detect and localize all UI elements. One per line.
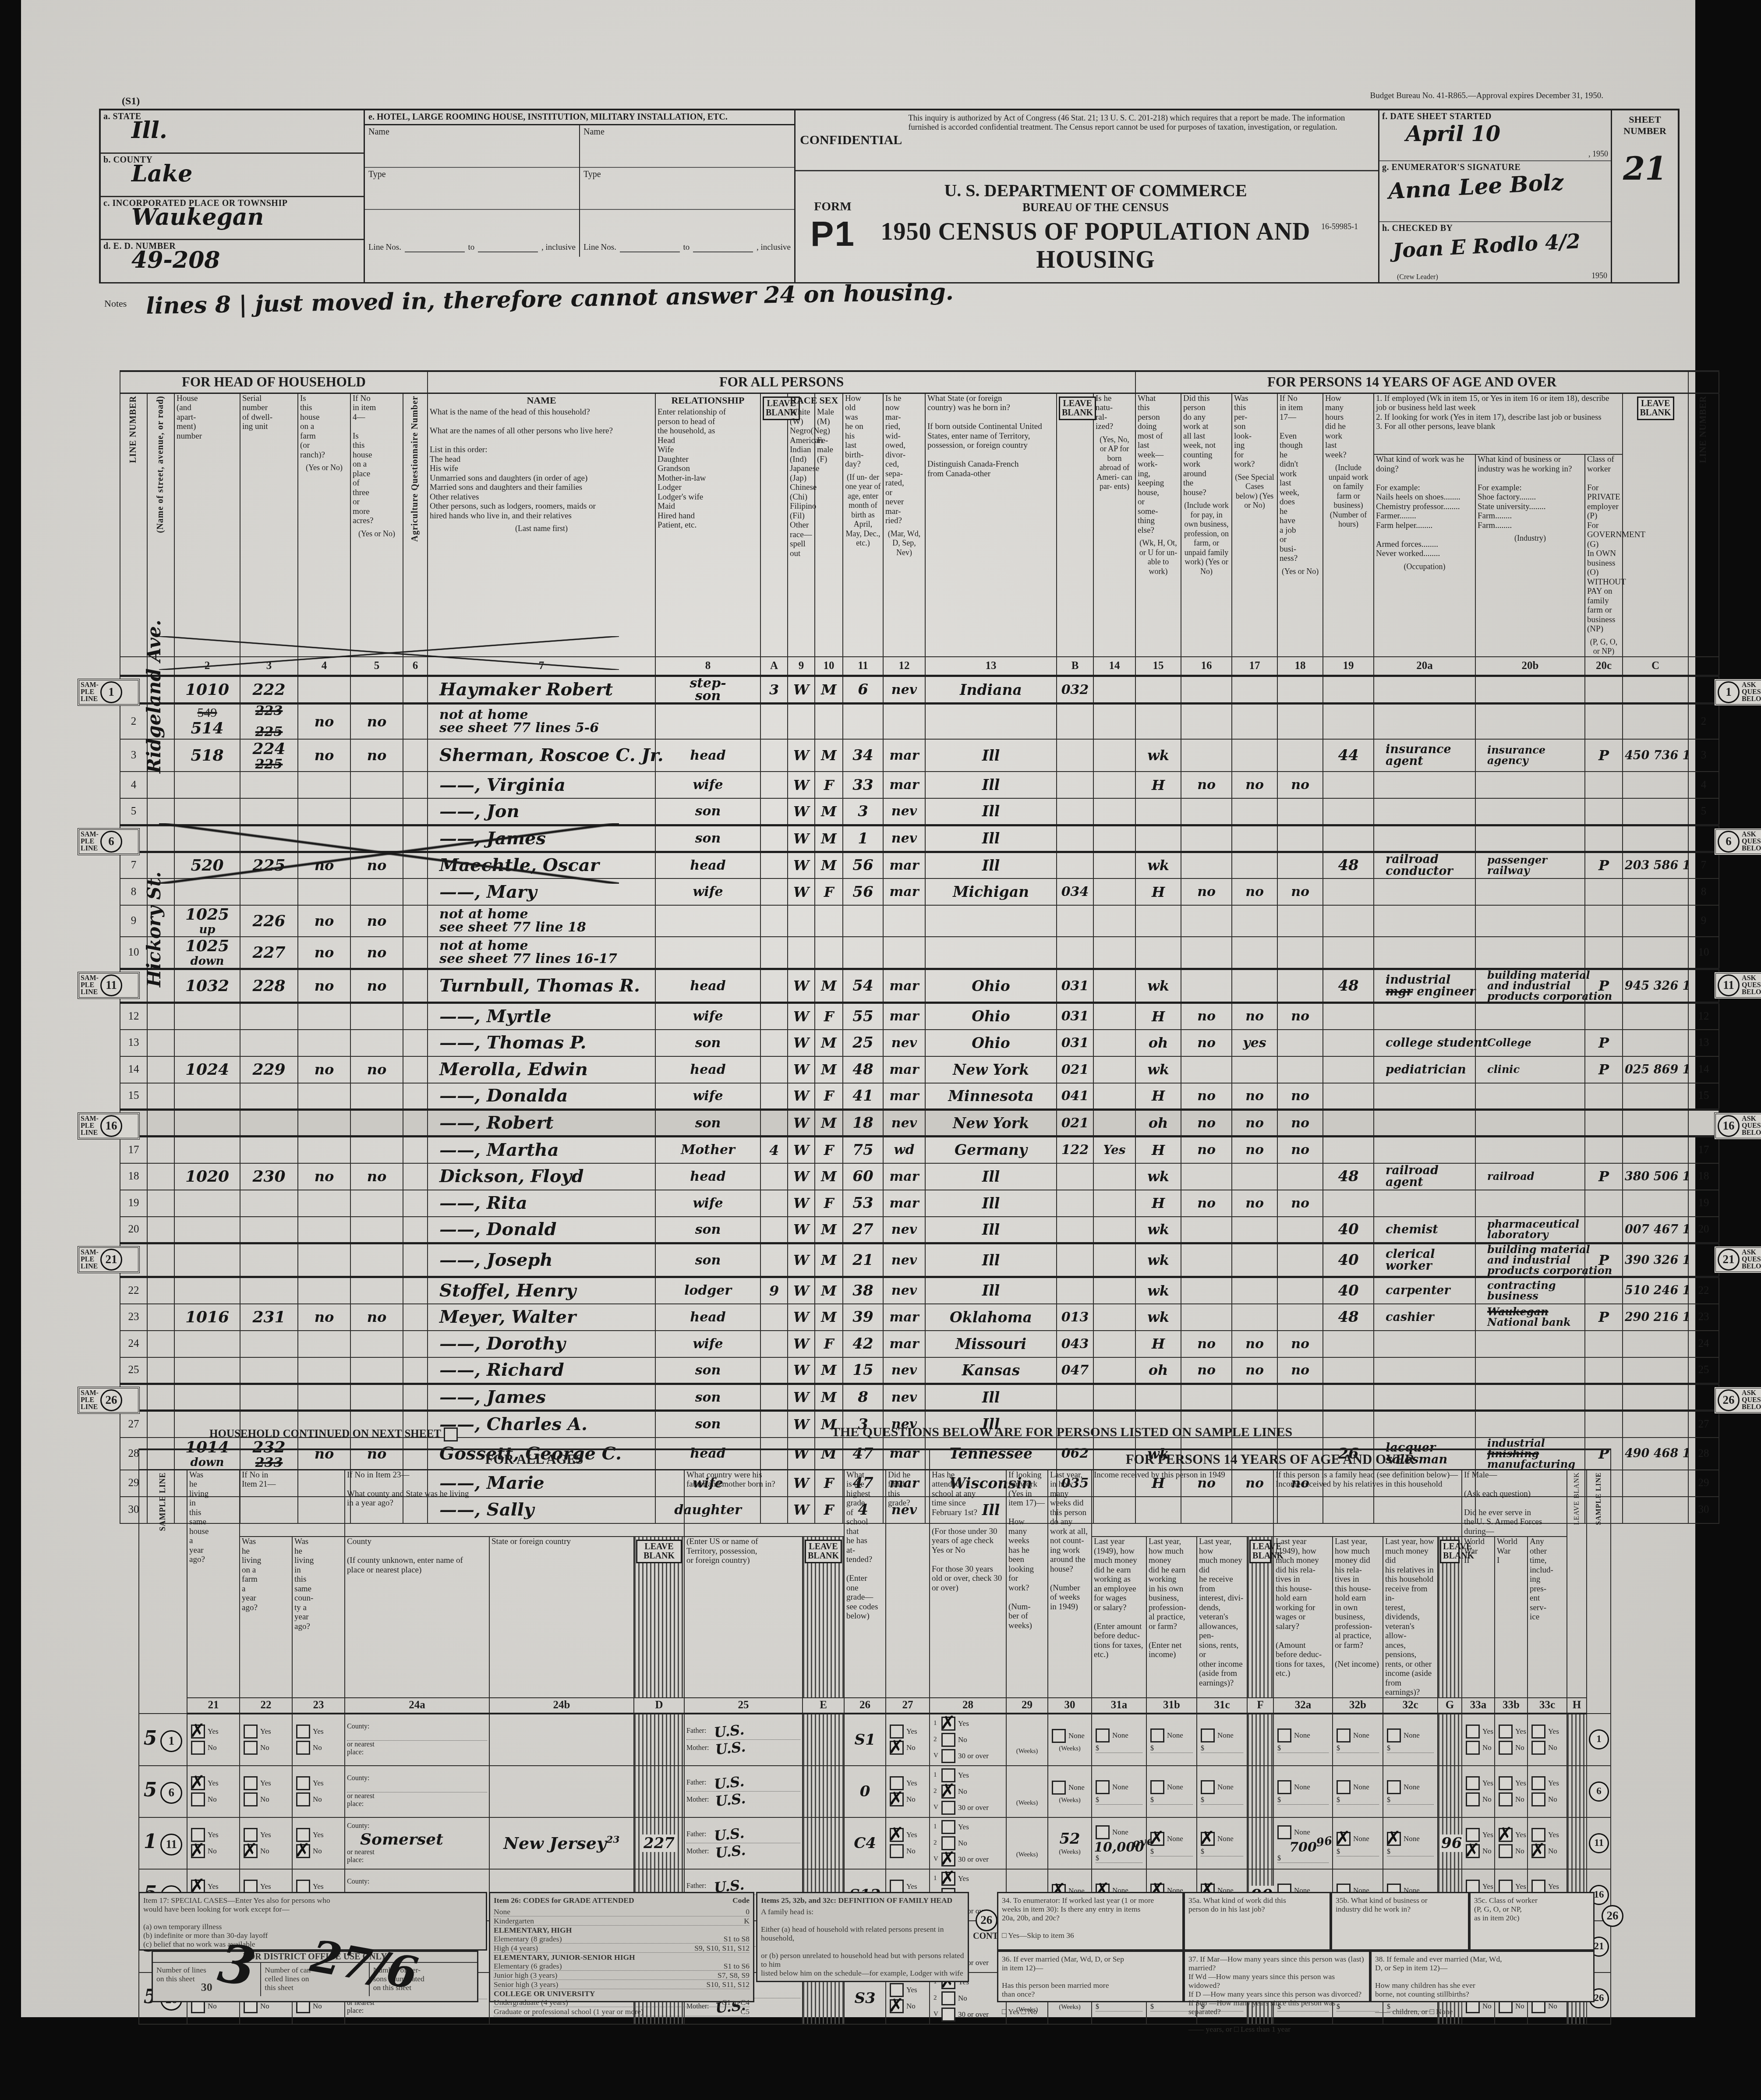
b-c33c-l1: YesNo [1528,1714,1567,1766]
col-header-w18: If Noin item17—Eventhoughhedidn'tworklas… [1277,393,1323,657]
cell-colC-r21: 390 326 1 [1623,1243,1688,1277]
checkbox-no[interactable] [1531,1792,1545,1806]
cell-agq-r7 [403,852,428,878]
person-row-15: 15——, DonaldawifeWF41marMinnesota041Hnon… [120,1083,1719,1110]
cell-c15-r7: wk [1135,852,1181,878]
checkbox-no[interactable] [941,1733,955,1747]
band-0: FOR HEAD OF HOUSEHOLD [120,371,428,393]
cell-sex-r2 [815,704,843,740]
cell-class-r13: P [1585,1030,1623,1056]
cell-birthplace-r13: Ohio [925,1030,1057,1056]
cell-agq-r15 [403,1083,428,1110]
person-row-11: SAM-PLELINE111032228nonoTurnbull, Thomas… [120,969,1719,1003]
sample-row-11: 111Yes✗NoYes✗NoYes✗NoCounty:Somersetor n… [139,1817,1611,1869]
grade-code: Senior high (3 years)S10, S11, S12 [494,1980,750,1989]
cell-c16-r11 [1181,969,1232,1003]
cell-street-r10 [147,937,174,969]
cell-agq-r24 [403,1331,428,1357]
checkbox-yes[interactable] [941,1820,955,1834]
cell-agq-r10 [403,937,428,969]
cell-house-r17 [174,1137,240,1163]
cell-farm-r15 [298,1083,350,1110]
cell-acres-r12 [350,1003,403,1030]
cell-serial-r10: 227 [240,937,298,969]
cell-c15-r15: H [1135,1083,1181,1110]
col-header-in: What kind of business orindustry was he … [1475,454,1585,657]
cell-race-r8: W [788,878,815,905]
b-c33a-l1: YesNo [1462,1714,1495,1766]
checkbox-none[interactable] [1201,1780,1215,1794]
cell-occupation-r15 [1374,1083,1475,1110]
cell-street-r8 [147,878,174,905]
person-row-22: 22Stoffel, Henrylodger9WM38nevIllwk40car… [120,1277,1719,1304]
cell-age-r12: 55 [843,1003,883,1030]
cell-house-r26 [174,1384,240,1411]
cell-colC-r23: 290 216 1 [1623,1304,1688,1331]
cell-c16-r22 [1181,1277,1232,1304]
checkbox-yes[interactable]: ✗ [890,1828,904,1842]
person-row-4: 4——, VirginiawifeWF33marIllHnonono4 [120,772,1719,798]
cell-line-left-r24: 24 [120,1331,147,1357]
col-num-B: B [1057,657,1093,676]
checkbox-no[interactable]: ✗ [1531,1844,1545,1858]
cell-class-r24 [1585,1331,1623,1357]
checkbox-none[interactable] [1277,1825,1291,1839]
cell-farm-r25 [298,1357,350,1384]
cell-street-r1 [147,676,174,704]
cell-line-right-r10: 10 [1688,937,1719,969]
checkbox-no[interactable] [1466,1792,1480,1806]
checkbox-none[interactable] [1096,1728,1110,1742]
cell-line-left-r15: 15 [120,1083,147,1110]
cell-c16-r21 [1181,1243,1232,1277]
cell-c18-r26 [1277,1384,1323,1411]
cell-line-right-r9: 9 [1688,905,1719,937]
checkbox-no[interactable] [1499,1792,1513,1806]
cell-class-r12 [1585,1003,1623,1030]
cell-c15-r12: H [1135,1003,1181,1030]
bnum-G: G [1438,1698,1462,1714]
b-c31c-l11: ✗None$ [1197,1817,1247,1869]
cell-colA-r13 [760,1030,788,1056]
hotel-type-input[interactable]: Type [368,170,386,179]
cell-house-r18: 1020 [174,1163,240,1190]
grade-code: Undergraduate (4 years)C1 to C4 [494,1998,750,2007]
cell-acres-r5 [350,798,403,825]
checkbox-no[interactable] [191,1792,205,1806]
family-head-definition-box: Items 25, 32b, and 32c: DEFINITION OF FA… [756,1892,969,1982]
b-c25-l11: Father:U.S.Mother:U.S. [684,1817,803,1869]
hdr-33b: WorldWarI [1495,1537,1528,1698]
b-c31a-l6: None$ [1092,1766,1146,1817]
checkbox-none[interactable] [1337,1780,1351,1794]
b-c29-l11: (Weeks) [1006,1817,1048,1869]
cell-c16-r2 [1181,704,1232,740]
hotel-type-input-2[interactable]: Type [583,170,601,179]
cell-serial-r24 [240,1331,298,1357]
bnum-31c: 31c [1197,1698,1247,1714]
cell-house-r23: 1016 [174,1304,240,1331]
checkbox-30-or-over[interactable]: ✗ [941,1852,955,1866]
col-num-lnl [120,657,147,676]
cell-birthplace-r11: Ohio [925,969,1057,1003]
cell-serial-r4 [240,772,298,798]
cell-relationship-r6: son [655,825,760,852]
cell-c15-r19: H [1135,1190,1181,1217]
cell-colA-r14 [760,1056,788,1083]
cell-acres-r14: no [350,1056,403,1083]
checkbox-yes[interactable] [296,1776,310,1790]
checkbox-none[interactable] [1096,1780,1110,1794]
cell-colB-r1: 032 [1057,676,1093,704]
hdr-30: Last year,in howmanyweeks didthis person… [1048,1470,1092,1698]
checkbox-no[interactable]: ✗ [890,1792,904,1806]
cell-c14-r2 [1093,704,1135,740]
checkbox-none[interactable] [1150,1780,1164,1794]
cell-line-left-r5: 5 [120,798,147,825]
cell-c16-r18 [1181,1163,1232,1190]
cell-house-r11: 1032 [174,969,240,1003]
cell-name-r22: Stoffel, Henry [428,1277,655,1304]
cell-c19-r20: 40 [1323,1217,1374,1243]
checkbox-none[interactable] [1150,1728,1164,1742]
cell-colC-r19 [1623,1190,1688,1217]
cell-occupation-r21: clericalworker [1374,1243,1475,1277]
cell-c16-r26 [1181,1384,1232,1411]
checkbox-yes[interactable] [1531,1725,1545,1739]
cell-c14-r3 [1093,739,1135,772]
hotel-section: e. HOTEL, LARGE ROOMING HOUSE, INSTITUTI… [365,110,796,282]
cell-farm-r22 [298,1277,350,1304]
cell-marital-r10 [883,937,925,969]
cell-serial-r13 [240,1030,298,1056]
cell-relationship-r27: son [655,1411,760,1438]
checkbox-30-or-over[interactable] [941,2008,955,2022]
person-row-13: 13——, Thomas P.sonWM25nevOhio031ohnoyesc… [120,1030,1719,1056]
cell-line-right-r12: 12 [1688,1003,1719,1030]
checkbox-none[interactable]: ✗ [1201,1832,1215,1846]
cell-colC-r26 [1623,1384,1688,1411]
cell-industry-r24 [1475,1331,1585,1357]
checkbox-no[interactable]: ✗ [296,1844,310,1858]
checkbox-none[interactable] [1052,1781,1066,1795]
col-num-A: A [760,657,788,676]
checkbox-no[interactable] [296,1792,310,1806]
cell-line-right-r26: 26ASKQUES.BELOW [1688,1384,1719,1411]
b-H-l1 [1567,1714,1587,1766]
cell-colC-r10 [1623,937,1688,969]
bnum-29: 29 [1006,1698,1048,1714]
checkbox-none[interactable] [1201,1728,1215,1742]
checkbox-yes[interactable]: ✗ [941,1872,955,1886]
cell-marital-r19: mar [883,1190,925,1217]
checkbox-no[interactable] [1499,1844,1513,1858]
checkbox-yes[interactable]: ✗ [191,1776,205,1790]
checkbox-yes[interactable] [244,1725,258,1739]
cell-relationship-r23: head [655,1304,760,1331]
cell-house-r8 [174,878,240,905]
checkbox-yes[interactable] [1499,1725,1513,1739]
cell-sex-r7: M [815,852,843,878]
cell-c18-r3 [1277,739,1323,772]
checkbox-yes[interactable] [1531,1776,1545,1790]
checkbox-none[interactable] [1277,1780,1291,1794]
bnum-32c: 32c [1383,1698,1438,1714]
b-c22-l1: YesNo [240,1714,292,1766]
checkbox-none[interactable] [1387,1728,1401,1742]
col-num-w16: 16 [1181,657,1232,676]
cell-house-r7: 520 [174,852,240,878]
cell-industry-r22: contractingbusiness [1475,1277,1585,1304]
hotel-name-input-2[interactable]: Name [583,127,605,137]
cell-farm-r24 [298,1331,350,1357]
checkbox-yes[interactable] [1466,1776,1480,1790]
checkbox-no[interactable]: ✗ [191,1844,205,1858]
checkbox-no[interactable] [1531,1741,1545,1755]
cell-street-r27 [147,1411,174,1438]
cell-class-r3: P [1585,739,1623,772]
cell-marital-r8: mar [883,878,925,905]
cell-colC-r25 [1623,1357,1688,1384]
b-c33a-l6: YesNo [1462,1766,1495,1817]
cell-colC-r3: 450 736 1 [1623,739,1688,772]
checkbox-no[interactable] [296,1741,310,1755]
cell-relationship-r15: wife [655,1083,760,1110]
cell-c15-r5 [1135,798,1181,825]
hdr-F: LEAVEBLANK [1247,1537,1273,1698]
cell-colC-r18: 380 506 1 [1623,1163,1688,1190]
cell-race-r26: W [788,1384,815,1411]
checkbox-no[interactable] [1466,1741,1480,1755]
b-c31b-l11: ✗None$ [1146,1817,1197,1869]
checkbox-yes[interactable]: ✗ [1499,1828,1513,1842]
checkbox-30-or-over[interactable] [941,1749,955,1763]
cell-race-r22: W [788,1277,815,1304]
cell-agq-r9 [403,905,428,937]
cell-street-r3 [147,739,174,772]
person-row-2: 2549514223225nononot at homesee sheet 77… [120,704,1719,740]
hdr-28: Has heattendedschool at anytime sinceFeb… [930,1470,1006,1698]
cell-serial-r15 [240,1083,298,1110]
cell-c19-r19 [1323,1190,1374,1217]
cell-sex-r5: M [815,798,843,825]
b-c33c-l6: YesNo [1528,1766,1567,1817]
checkbox-30-or-over[interactable] [941,1801,955,1815]
cell-birthplace-r20: Ill [925,1217,1057,1243]
checkbox-no[interactable] [244,1741,258,1755]
cell-colC-r5 [1623,798,1688,825]
cell-marital-r9 [883,905,925,937]
checkbox-yes[interactable] [1466,1725,1480,1739]
checkbox-no[interactable]: ✗ [244,1844,258,1858]
cell-occupation-r8 [1374,878,1475,905]
cell-relationship-r13: son [655,1030,760,1056]
person-row-10: 101025down227nononot at homesee sheet 77… [120,937,1719,969]
cell-marital-r21: nev [883,1243,925,1277]
checkbox-none[interactable]: ✗ [1387,1832,1401,1846]
cell-line-right-r17: 17 [1688,1137,1719,1163]
checkbox-no[interactable] [191,1741,205,1755]
cell-sex-r21: M [815,1243,843,1277]
cell-age-r1: 6 [843,676,883,704]
hdr-31c: Last year, howmuch money didhe receive f… [1197,1537,1247,1698]
b-c27-l11: ✗YesNo [886,1817,930,1869]
b-c33c-l11: Yes✗No [1528,1817,1567,1869]
checkbox-no[interactable] [890,1844,904,1858]
cell-c16-r23 [1181,1304,1232,1331]
cell-birthplace-r14: New York [925,1056,1057,1083]
special-cases-box: Item 17: SPECIAL CASES—Enter Yes also fo… [138,1892,487,1951]
checkbox-yes[interactable] [244,1776,258,1790]
item-36-box: 36. If ever married (Mar, Wd, D, or Sepi… [997,1951,1184,2002]
b-E-l6 [803,1766,844,1817]
person-row-1: SAM-PLELINE11010222Haymaker Robertstep-s… [120,676,1719,704]
cell-marital-r23: mar [883,1304,925,1331]
cell-c18-r14 [1277,1056,1323,1083]
checkbox-yes[interactable]: ✗ [191,1725,205,1739]
b-c31c-l1: None$ [1197,1714,1247,1766]
cell-c15-r25: oh [1135,1357,1181,1384]
cell-farm-r13 [298,1030,350,1056]
cell-c18-r11 [1277,969,1323,1003]
cell-c17-r5 [1232,798,1277,825]
cell-agq-r21 [403,1243,428,1277]
cell-c19-r5 [1323,798,1374,825]
cell-agq-r25 [403,1357,428,1384]
cell-colB-r24: 043 [1057,1331,1093,1357]
cell-acres-r25 [350,1357,403,1384]
cell-c19-r2 [1323,704,1374,740]
cell-house-r1: 1010 [174,676,240,704]
cell-colA-r1: 3 [760,676,788,704]
cell-street-r16 [147,1110,174,1137]
checkbox-no[interactable]: ✗ [890,1741,904,1755]
cell-name-r25: ——, Richard [428,1357,655,1384]
cell-c18-r12: no [1277,1003,1323,1030]
checkbox-none[interactable] [1096,1825,1110,1839]
person-row-19: 19——, RitawifeWF53marIllHnonono19 [120,1190,1719,1217]
col-header-nm: NAMEWhat is the name of the head of this… [428,393,655,657]
cell-sex-r4: F [815,772,843,798]
col-num-h: 2 [174,657,240,676]
cell-acres-r26 [350,1384,403,1411]
cell-c14-r21 [1093,1243,1135,1277]
cell-occupation-r18: railroadagent [1374,1163,1475,1190]
cell-birthplace-r23: Oklahoma [925,1304,1057,1331]
band-1: FOR ALL PERSONS [428,371,1135,393]
cell-house-r10: 1025down [174,937,240,969]
cell-occupation-r12 [1374,1003,1475,1030]
checkbox-none[interactable] [1337,1728,1351,1742]
checkbox-none[interactable]: ✗ [1150,1832,1164,1846]
cell-relationship-r19: wife [655,1190,760,1217]
cell-colB-r18 [1057,1163,1093,1190]
hotel-name-input[interactable]: Name [368,127,389,137]
cell-sex-r11: M [815,969,843,1003]
b-c31b-l6: None$ [1146,1766,1197,1817]
cell-occupation-r6 [1374,825,1475,852]
cell-colC-r11: 945 326 1 [1623,969,1688,1003]
checkbox-no[interactable]: ✗ [941,1785,955,1799]
checkbox-none[interactable]: ✗ [1337,1832,1351,1846]
cell-c14-r9 [1093,905,1135,937]
cell-line-right-r6: 6ASKQUES.BELOW [1688,825,1719,852]
bnum-32b: 32b [1333,1698,1383,1714]
cell-class-r18: P [1585,1163,1623,1190]
cell-race-r18: W [788,1163,815,1190]
cell-class-r7: P [1585,852,1623,878]
cell-house-r25 [174,1357,240,1384]
col-num-nm: 7 [428,657,655,676]
cell-agq-r11 [403,969,428,1003]
hdr-25: (Enter US or name ofTerritory, possessio… [684,1537,803,1698]
cell-relationship-r24: wife [655,1331,760,1357]
form-number: P1 [796,214,870,254]
cell-farm-r6 [298,825,350,852]
cell-occupation-r24 [1374,1331,1475,1357]
cell-name-r23: Meyer, Walter [428,1304,655,1331]
cell-street-r19 [147,1190,174,1217]
item-37-box: 37. If Mar—How many years since this per… [1184,1951,1370,2002]
cell-line-right-r11: 11ASKQUES.BELOW [1688,969,1719,1003]
checkbox-yes[interactable]: ✗ [941,1717,955,1731]
sample-line-badge-11: SAM-PLELINE11 [78,972,140,999]
household-continued-checkbox[interactable] [444,1427,458,1441]
cell-name-r14: Merolla, Edwin [428,1056,655,1083]
checkbox-none[interactable] [1387,1780,1401,1794]
cell-c19-r24 [1323,1331,1374,1357]
col-num-hr19: 19 [1323,657,1374,676]
col-num-in: 20b [1475,657,1585,676]
cell-line-right-r21: 21ASKQUES.BELOW [1688,1243,1719,1277]
checkbox-no[interactable] [1499,1741,1513,1755]
cell-serial-r19 [240,1190,298,1217]
grade-code: Elementary (8 grades)S1 to S8 [494,1934,750,1944]
checkbox-none[interactable] [1277,1728,1291,1742]
b-c24b-l6 [489,1766,634,1817]
cell-relationship-r4: wife [655,772,760,798]
col-header-cl: Class of workerFor PRIVATE employer (P)F… [1585,454,1623,657]
cell-name-r2: not at homesee sheet 77 lines 5-6 [428,704,655,740]
checkbox-none[interactable] [1052,1729,1066,1743]
checkbox-yes[interactable] [296,1725,310,1739]
population-table: FOR HEAD OF HOUSEHOLDFOR ALL PERSONSFOR … [120,370,1716,1524]
cell-c15-r24: H [1135,1331,1181,1357]
cell-c16-r12: no [1181,1003,1232,1030]
item-35c-box: 35c. Class of worker(P, G, O, or NP,as i… [1469,1892,1595,1951]
col-num-r: 9 [788,657,815,676]
checkbox-no[interactable] [244,1792,258,1806]
hdr-32c: Last year, howmuch money didhis relative… [1383,1537,1438,1698]
person-row-16: SAM-PLELINE16——, RobertsonWM18nevNew Yor… [120,1110,1719,1137]
cell-serial-r20 [240,1217,298,1243]
cell-marital-r20: nev [883,1217,925,1243]
b-c23-l11: Yes✗No [292,1817,345,1869]
cell-birthplace-r25: Kansas [925,1357,1057,1384]
bnum-E: E [803,1698,844,1714]
cell-serial-r7: 225 [240,852,298,878]
cell-house-r4 [174,772,240,798]
col-header-sn: Serialnumberof dwell-ing unit [240,393,298,657]
cell-occupation-r7: railroadconductor [1374,852,1475,878]
cell-c15-r9 [1135,905,1181,937]
sample-row-6: 56✗YesNoYesNoYesNoCounty:or nearestplace… [139,1766,1611,1817]
cell-c14-r22 [1093,1277,1135,1304]
checkbox-no[interactable]: ✗ [1466,1844,1480,1858]
cell-industry-r27 [1475,1411,1585,1438]
checkbox-yes[interactable] [1499,1776,1513,1790]
cell-agq-r4 [403,772,428,798]
